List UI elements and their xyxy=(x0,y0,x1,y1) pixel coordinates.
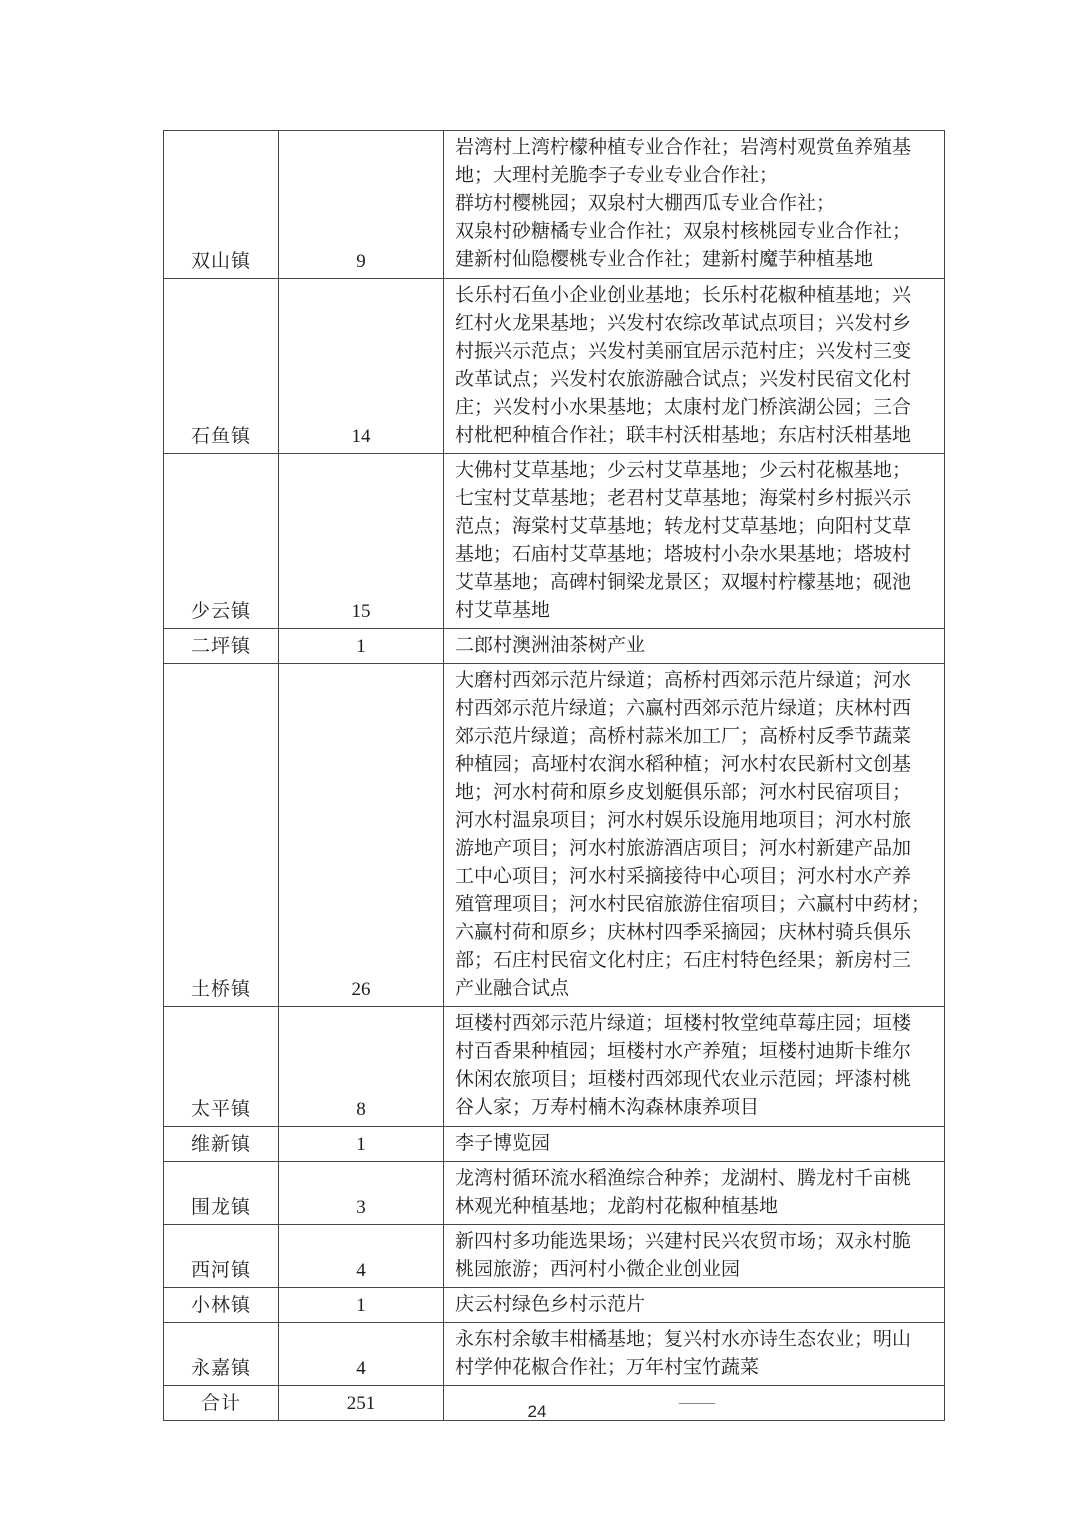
count-cell: 4 xyxy=(279,1225,444,1288)
page-number: 24 xyxy=(0,1402,1074,1422)
count-cell: 3 xyxy=(279,1162,444,1225)
table-row: 维新镇 1 李子博览园 xyxy=(164,1127,945,1162)
description-cell: 庆云村绿色乡村示范片 xyxy=(444,1288,945,1323)
table-row: 小林镇 1 庆云村绿色乡村示范片 xyxy=(164,1288,945,1323)
town-cell: 小林镇 xyxy=(164,1288,279,1323)
count-cell: 15 xyxy=(279,454,444,629)
table-row: 双山镇 9 岩湾村上湾柠檬种植专业合作社；岩湾村观赏鱼养殖基 地；大理村羌脆李子… xyxy=(164,131,945,279)
town-cell: 土桥镇 xyxy=(164,664,279,1007)
table-row: 永嘉镇 4 永东村余敏丰柑橘基地；复兴村水亦诗生态农业；明山 村学仲花椒合作社；… xyxy=(164,1323,945,1386)
count-cell: 1 xyxy=(279,1288,444,1323)
count-cell: 8 xyxy=(279,1007,444,1127)
town-cell: 维新镇 xyxy=(164,1127,279,1162)
town-cell: 二坪镇 xyxy=(164,629,279,664)
description-cell: 大佛村艾草基地；少云村艾草基地；少云村花椒基地； 七宝村艾草基地；老君村艾草基地… xyxy=(444,454,945,629)
count-cell: 26 xyxy=(279,664,444,1007)
description-cell: 二郎村澳洲油茶树产业 xyxy=(444,629,945,664)
town-cell: 围龙镇 xyxy=(164,1162,279,1225)
table-row: 二坪镇 1 二郎村澳洲油茶树产业 xyxy=(164,629,945,664)
table-row: 石鱼镇 14 长乐村石鱼小企业创业基地；长乐村花椒种植基地；兴 红村火龙果基地；… xyxy=(164,279,945,454)
description-cell: 垣楼村西郊示范片绿道；垣楼村牧堂纯草莓庄园；垣楼 村百香果种植园；垣楼村水产养殖… xyxy=(444,1007,945,1127)
projects-table: 双山镇 9 岩湾村上湾柠檬种植专业合作社；岩湾村观赏鱼养殖基 地；大理村羌脆李子… xyxy=(163,130,945,1421)
town-cell: 太平镇 xyxy=(164,1007,279,1127)
count-cell: 4 xyxy=(279,1323,444,1386)
document-page: 双山镇 9 岩湾村上湾柠檬种植专业合作社；岩湾村观赏鱼养殖基 地；大理村羌脆李子… xyxy=(0,0,1074,1520)
description-cell: 龙湾村循环流水稻渔综合种养；龙湖村、腾龙村千亩桃 林观光种植基地；龙韵村花椒种植… xyxy=(444,1162,945,1225)
count-cell: 9 xyxy=(279,131,444,279)
count-cell: 1 xyxy=(279,1127,444,1162)
table-row: 太平镇 8 垣楼村西郊示范片绿道；垣楼村牧堂纯草莓庄园；垣楼 村百香果种植园；垣… xyxy=(164,1007,945,1127)
table-row: 西河镇 4 新四村多功能选果场；兴建村民兴农贸市场；双永村脆 桃园旅游；西河村小… xyxy=(164,1225,945,1288)
description-cell: 永东村余敏丰柑橘基地；复兴村水亦诗生态农业；明山 村学仲花椒合作社；万年村宝竹蔬… xyxy=(444,1323,945,1386)
town-cell: 西河镇 xyxy=(164,1225,279,1288)
town-cell: 少云镇 xyxy=(164,454,279,629)
description-cell: 长乐村石鱼小企业创业基地；长乐村花椒种植基地；兴 红村火龙果基地；兴发村农综改革… xyxy=(444,279,945,454)
description-cell: 李子博览园 xyxy=(444,1127,945,1162)
town-cell: 石鱼镇 xyxy=(164,279,279,454)
description-cell: 新四村多功能选果场；兴建村民兴农贸市场；双永村脆 桃园旅游；西河村小微企业创业园 xyxy=(444,1225,945,1288)
town-cell: 双山镇 xyxy=(164,131,279,279)
town-cell: 永嘉镇 xyxy=(164,1323,279,1386)
table-row: 围龙镇 3 龙湾村循环流水稻渔综合种养；龙湖村、腾龙村千亩桃 林观光种植基地；龙… xyxy=(164,1162,945,1225)
table-row: 少云镇 15 大佛村艾草基地；少云村艾草基地；少云村花椒基地； 七宝村艾草基地；… xyxy=(164,454,945,629)
count-cell: 1 xyxy=(279,629,444,664)
description-cell: 大磨村西郊示范片绿道；高桥村西郊示范片绿道；河水 村西郊示范片绿道；六赢村西郊示… xyxy=(444,664,945,1007)
description-cell: 岩湾村上湾柠檬种植专业合作社；岩湾村观赏鱼养殖基 地；大理村羌脆李子专业专业合作… xyxy=(444,131,945,279)
table-row: 土桥镇 26 大磨村西郊示范片绿道；高桥村西郊示范片绿道；河水 村西郊示范片绿道… xyxy=(164,664,945,1007)
count-cell: 14 xyxy=(279,279,444,454)
